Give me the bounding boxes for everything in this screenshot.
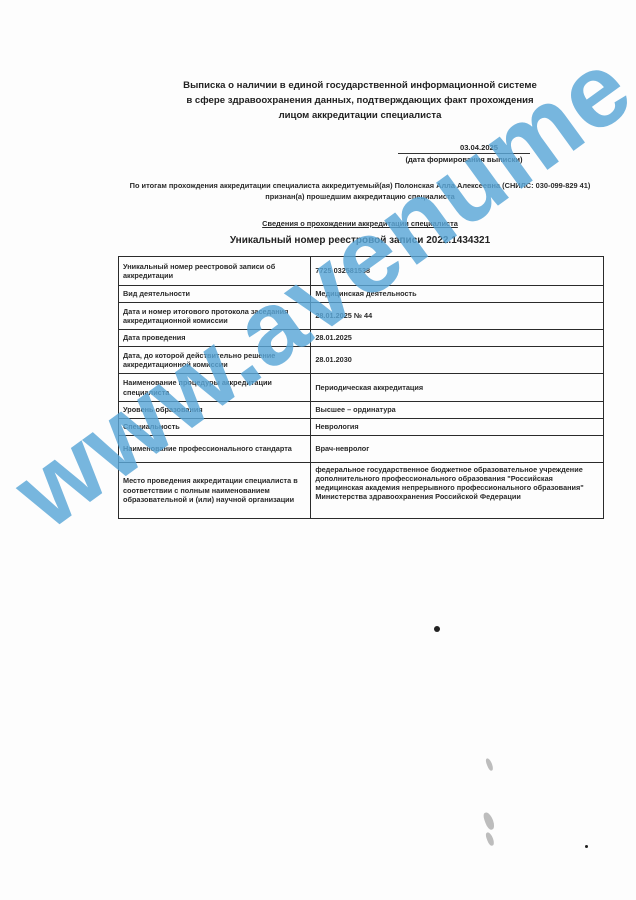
row-label: Место проведения аккредитации специалист… bbox=[119, 463, 311, 519]
row-value: 28.01.2025 bbox=[311, 330, 604, 347]
issue-date-caption: (дата формирования выписки) bbox=[398, 155, 530, 164]
row-label: Наименование профессионального стандарта bbox=[119, 436, 311, 463]
row-value: Медицинская деятельность bbox=[311, 286, 604, 303]
table-row: Вид деятельности Медицинская деятельност… bbox=[119, 286, 604, 303]
row-value: 28.01.2025 № 44 bbox=[311, 303, 604, 330]
row-value: Врач-невролог bbox=[311, 436, 604, 463]
table-row: Место проведения аккредитации специалист… bbox=[119, 463, 604, 519]
scan-smudge bbox=[482, 811, 496, 831]
accreditation-table: Уникальный номер реестровой записи об ак… bbox=[118, 256, 604, 519]
scan-speck bbox=[585, 845, 588, 848]
table-row: Наименование процедуры аккредитации спец… bbox=[119, 374, 604, 402]
table-row: Уникальный номер реестровой записи об ак… bbox=[119, 257, 604, 286]
row-label: Уровень образования bbox=[119, 402, 311, 419]
table-row: Дата проведения 28.01.2025 bbox=[119, 330, 604, 347]
table-row: Наименование профессионального стандарта… bbox=[119, 436, 604, 463]
row-label: Уникальный номер реестровой записи об ак… bbox=[119, 257, 311, 286]
row-value: 7725 032581538 bbox=[311, 257, 604, 286]
row-label: Дата, до которой действительно решение а… bbox=[119, 347, 311, 374]
row-value: Неврология bbox=[311, 419, 604, 436]
row-value: федеральное государственное бюджетное об… bbox=[311, 463, 604, 519]
intro-text: По итогам прохождения аккредитации специ… bbox=[112, 181, 608, 202]
row-label: Дата проведения bbox=[119, 330, 311, 347]
issue-date-block: 03.04.2025 (дата формирования выписки) bbox=[398, 143, 530, 164]
table-row: Уровень образования Высшее – ординатура bbox=[119, 402, 604, 419]
scan-smudge bbox=[485, 758, 494, 772]
row-label: Специальность bbox=[119, 419, 311, 436]
row-label: Вид деятельности bbox=[119, 286, 311, 303]
table-row: Специальность Неврология bbox=[119, 419, 604, 436]
scanned-page: Выписка о наличии в единой государственн… bbox=[0, 0, 636, 900]
table-row: Дата и номер итогового протокола заседан… bbox=[119, 303, 604, 330]
document-title: Выписка о наличии в единой государственн… bbox=[180, 78, 540, 123]
row-label: Дата и номер итогового протокола заседан… bbox=[119, 303, 311, 330]
table-row: Дата, до которой действительно решение а… bbox=[119, 347, 604, 374]
row-label: Наименование процедуры аккредитации спец… bbox=[119, 374, 311, 402]
row-value: Периодическая аккредитация bbox=[311, 374, 604, 402]
scan-speck bbox=[434, 626, 440, 632]
scan-smudge bbox=[485, 831, 495, 846]
row-value: Высшее – ординатура bbox=[311, 402, 604, 419]
row-value: 28.01.2030 bbox=[311, 347, 604, 374]
issue-date: 03.04.2025 bbox=[398, 143, 530, 154]
registry-title: Уникальный номер реестровой записи 2022.… bbox=[200, 235, 520, 246]
section-title: Сведения о прохождении аккредитации спец… bbox=[220, 219, 500, 228]
